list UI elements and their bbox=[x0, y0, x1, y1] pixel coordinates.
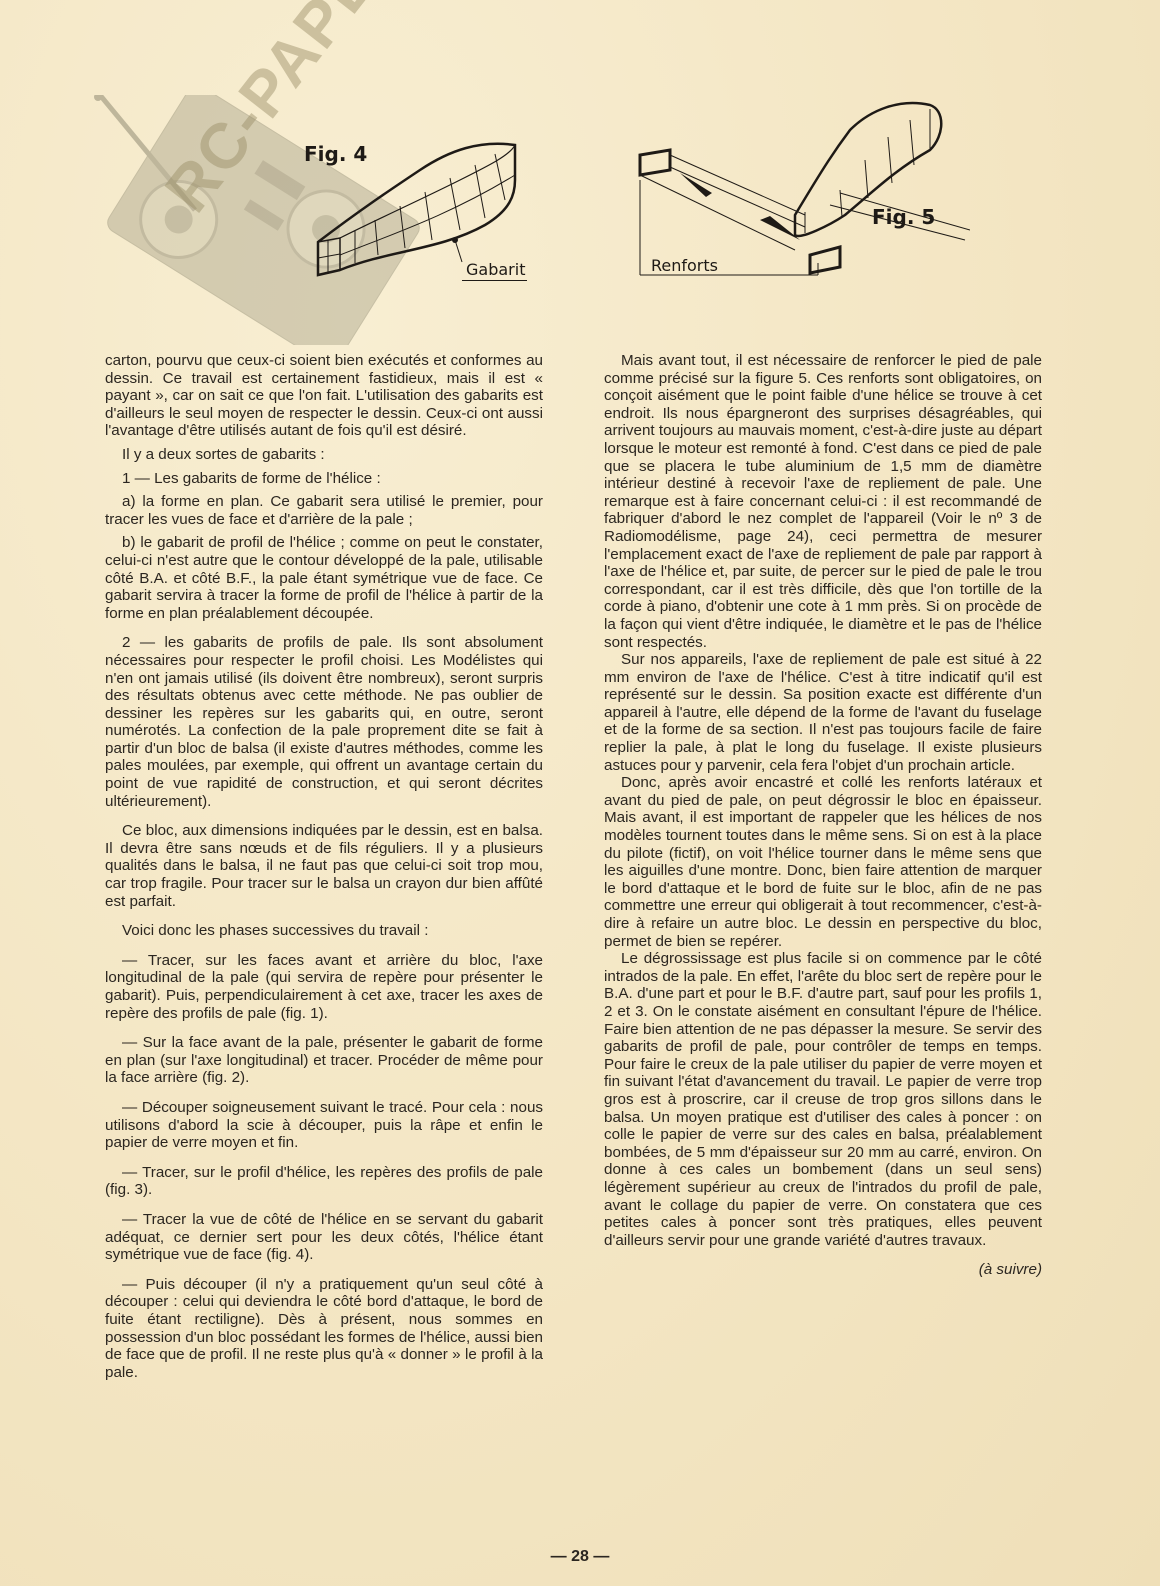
paragraph: Mais avant tout, il est nécessaire de re… bbox=[604, 352, 1042, 651]
paragraph: — Tracer, sur les faces avant et arrière… bbox=[105, 952, 543, 1022]
paragraph: Ce bloc, aux dimensions indiquées par le… bbox=[105, 822, 543, 910]
fig4-callout: Gabarit bbox=[462, 260, 527, 281]
figures-area: RC-PAPER.COM Fig. 4 Gabarit bbox=[0, 0, 1160, 345]
continued-note: (à suivre) bbox=[604, 1261, 1042, 1279]
page-number: — 28 — bbox=[0, 1548, 1160, 1566]
paragraph: 1 — Les gabarits de forme de l'hélice : bbox=[105, 470, 543, 488]
paragraph: — Puis découper (il n'y a pratiquement q… bbox=[105, 1276, 543, 1382]
paragraph: carton, pourvu que ceux-ci soient bien e… bbox=[105, 352, 543, 440]
fig4-label: Fig. 4 bbox=[304, 142, 367, 166]
paragraph: Donc, après avoir encastré et collé les … bbox=[604, 774, 1042, 950]
paragraph: — Tracer la vue de côté de l'hélice en s… bbox=[105, 1211, 543, 1264]
left-column: carton, pourvu que ceux-ci soient bien e… bbox=[105, 352, 543, 1387]
paragraph: Il y a deux sortes de gabarits : bbox=[105, 446, 543, 464]
paragraph: Sur nos appareils, l'axe de repliement d… bbox=[604, 651, 1042, 774]
paragraph: — Sur la face avant de la pale, présente… bbox=[105, 1034, 543, 1087]
fig5-callout: Renforts bbox=[651, 256, 718, 275]
paragraph: b) le gabarit de profil de l'hélice ; co… bbox=[105, 534, 543, 622]
right-column: Mais avant tout, il est nécessaire de re… bbox=[604, 352, 1042, 1279]
paragraph: — Découper soigneusement suivant le trac… bbox=[105, 1099, 543, 1152]
fig5-label: Fig. 5 bbox=[872, 205, 935, 229]
paragraph: 2 — les gabarits de profils de pale. Ils… bbox=[105, 634, 543, 810]
paragraph: — Tracer, sur le profil d'hélice, les re… bbox=[105, 1164, 543, 1199]
paragraph: Le dégrossissage est plus facile si on c… bbox=[604, 950, 1042, 1249]
paragraph: a) la forme en plan. Ce gabarit sera uti… bbox=[105, 493, 543, 528]
paragraph: Voici donc les phases successives du tra… bbox=[105, 922, 543, 940]
